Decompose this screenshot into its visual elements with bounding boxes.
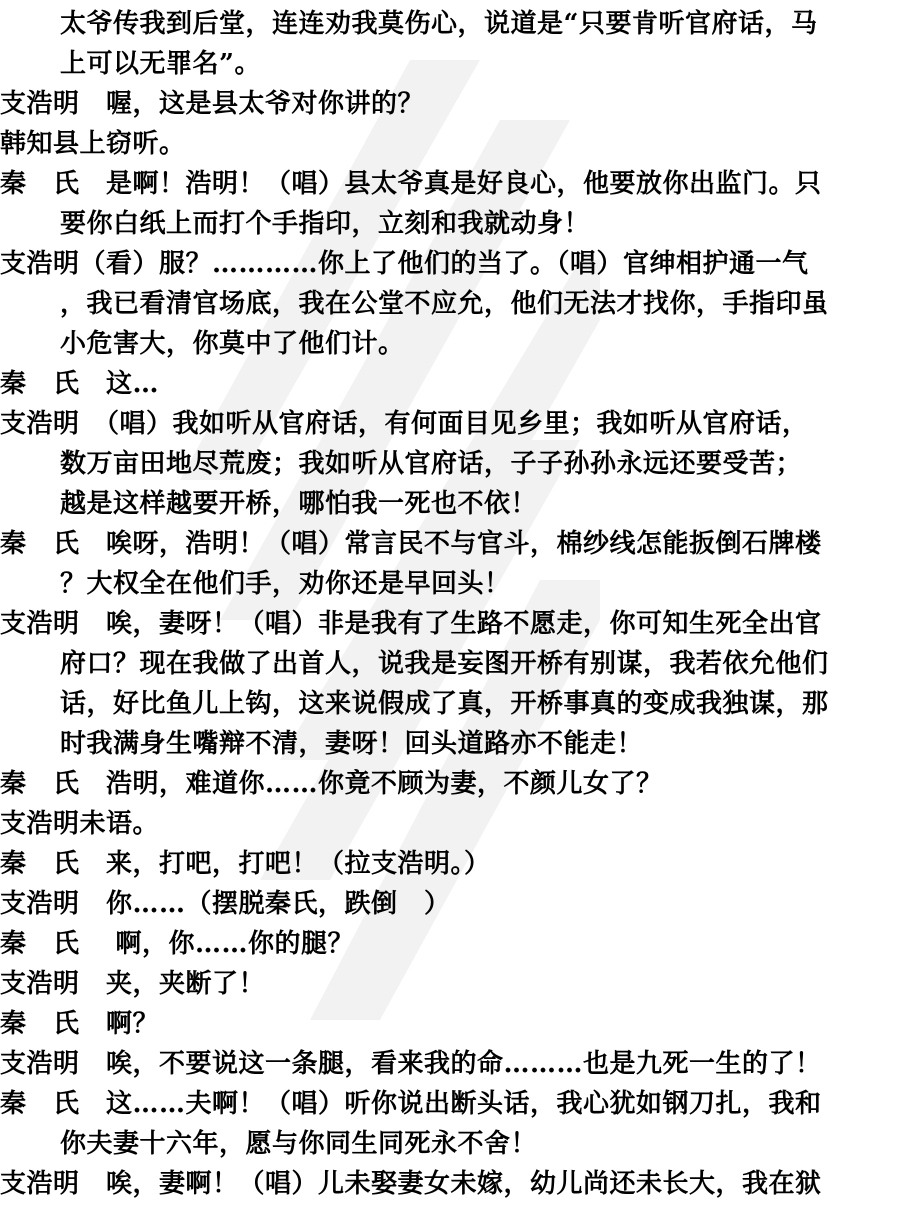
script-line: 秦 氏 唉呀，浩明！（唱）常言民不与官斗，棉纱线怎能扳倒石牌楼 [0,524,822,564]
script-line: 支浩明 夹，夹断了！ [0,964,265,1004]
script-line: 太爷传我到后堂，连连劝我莫伤心，说道是“只要肯听官府话，马 [60,4,817,44]
script-line: 支浩明 喔，这是县太爷对你讲的？ [0,84,424,124]
script-line: 支浩明 （唱）我如听从官府话，有何面目见乡里；我如听从官府话， [0,404,809,444]
script-line: 支浩明 唉，妻呀！（唱）非是我有了生路不愿走，你可知生死全出官 [0,604,822,644]
script-line: 秦 氏 是啊！浩明！（唱）县太爷真是好良心，他要放你出监门。只 [0,164,822,204]
script-line: 府口？现在我做了出首人，说我是妄图开桥有别谋，我若依允他们 [60,644,829,684]
script-line: 小危害大，你莫中了他们计。 [60,324,405,364]
script-line: 支浩明（看）服？…………你上了他们的当了。（唱）官绅相护通一气 [0,244,809,284]
script-line: 话，好比鱼儿上钩，这来说假成了真，开桥事真的变成我独谋，那 [60,684,829,724]
script-line: 上可以无罪名”。 [60,44,261,84]
script-line: 你夫妻十六年，愿与你同生同死永不舍！ [60,1124,537,1164]
script-line: 支浩明 你……（摆脱秦氏，跌倒 ） [0,884,451,924]
script-line: 越是这样越要开桥，哪怕我一死也不依！ [60,484,537,524]
script-line: 秦 氏 浩明，难道你……你竟不顾为妻，不颜儿女了？ [0,764,663,804]
script-line: 秦 氏 这……夫啊！（唱）听你说出断头话，我心犹如钢刀扎，我和 [0,1084,822,1124]
script-line: 秦 氏 啊，你……你的腿？ [0,924,354,964]
script-line: 数万亩田地尽荒废；我如听从官府话，子子孙孙永远还要受苦； [60,444,802,484]
script-line: 秦 氏 来，打吧，打吧！（拉支浩明。） [0,844,491,884]
script-line: 时我满身生嘴辩不清，妻呀！回头道路亦不能走！ [60,724,643,764]
script-line: 要你白纸上而打个手指印，立刻和我就动身！ [60,204,590,244]
script-line: 秦 氏 这… [0,364,159,404]
script-line: 支浩明 唉，不要说这一条腿，看来我的命………也是九死一生的了！ [0,1044,822,1084]
script-line: 秦 氏 啊？ [0,1004,159,1044]
script-line: 韩知县上窃听。 [0,124,186,164]
script-line: 支浩明未语。 [0,804,159,844]
script-line: 支浩明 唉，妻啊！（唱）儿未娶妻女未嫁，幼儿尚还未长大，我在狱 [0,1164,822,1204]
script-line: ？大权全在他们手，劝你还是早回头！ [60,564,511,604]
script-line: ，我已看清官场底，我在公堂不应允，他们无法才找你，手指印虽 [60,284,829,324]
